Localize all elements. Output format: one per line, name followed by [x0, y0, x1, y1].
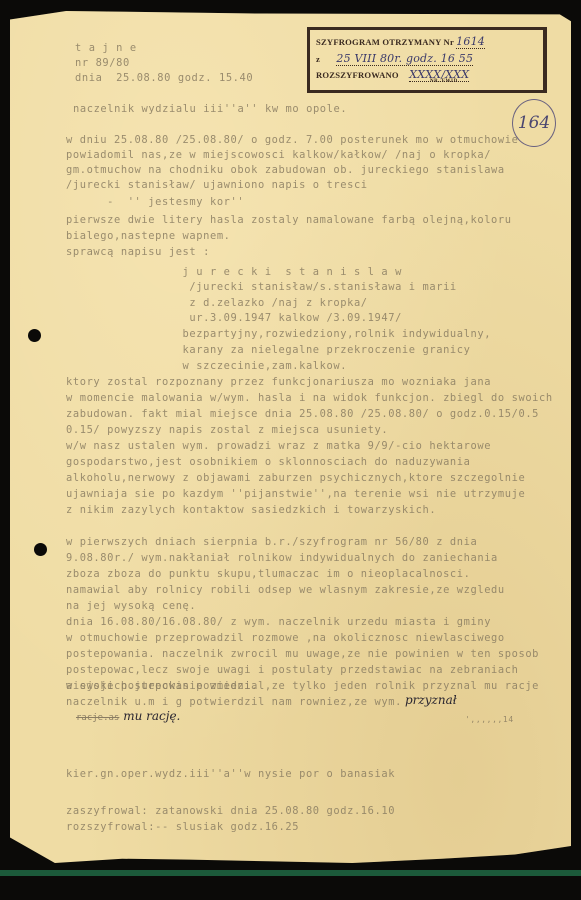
body-line: zboza zboza do punktu skupu,tlumaczac im… — [66, 567, 471, 583]
circled-page-number: 164 — [512, 99, 556, 147]
handwritten-correction: racje.as mu rację. — [76, 709, 180, 723]
body-line: postepowania. naczelnik zwrocil mu uwage… — [66, 647, 539, 663]
body-line: alkoholu,nerwowy z objawami zaburzen psy… — [66, 471, 525, 487]
body-line: w szczecinie,zam.kalkow. — [66, 359, 347, 375]
encrypted-by: zaszyfrowal: zatanowski dnia 25.08.80 go… — [66, 804, 395, 820]
body-line: bialego,nastepne wapnem. — [66, 229, 231, 245]
body-line: w momencie malowania w/wym. hasla i na w… — [66, 391, 553, 407]
stamp-from-value: 25 VIII 80r. godz. 16 55 — [336, 52, 473, 66]
struck-text: racje.as — [76, 713, 119, 723]
body-line: w otmuchowie przeprowadzil rozmowe ,na o… — [66, 631, 505, 647]
handwritten-insert-2: mu rację. — [123, 709, 180, 723]
body-line: pierwsze dwie litery hasla zostaly namal… — [66, 213, 512, 229]
body-line: bezpartyjny,rozwiedziony,rolnik indywidu… — [66, 327, 491, 343]
body-line: dnia 16.08.80/16.08.80/ z wym. naczelnik… — [66, 615, 491, 631]
body-line: na jej wysoką cenę. — [66, 599, 196, 615]
body-line: j u r e c k i s t a n i s l a w — [66, 265, 402, 281]
handwritten-insert: przyznał — [405, 693, 457, 707]
body-line: powiadomil nas,ze w miejscowosci kalkow/… — [66, 148, 491, 164]
scan-background-strip — [0, 870, 581, 876]
body-line: 0.15/ powyzszy napis zostal z miejsca us… — [66, 423, 388, 439]
page-marks: ',,,,,,14 — [465, 712, 514, 728]
body-line: karany za nielegalne przekroczenie grani… — [66, 343, 471, 359]
body-line: /jurecki stanisław/ ujawniono napis o tr… — [66, 178, 368, 194]
body-line: ujawniaja sie po kazdym ''pijanstwie'',n… — [66, 487, 525, 503]
body-line: namawial aby rolnicy robili odsep we wla… — [66, 583, 505, 599]
body-line: postepowac,lecz swoje uwagi i postulaty … — [66, 663, 518, 679]
stamp-from-label: z — [316, 54, 320, 64]
document-date: dnia 25.08.80 godz. 15.40 — [75, 71, 253, 87]
body-line: z d.zelazko /naj z kropka/ — [66, 296, 368, 312]
stamp-title: SZYFROGRAM OTRZYMANY Nr — [316, 37, 454, 47]
body-line: a swoje postepowanie zmieni. — [66, 679, 258, 695]
punch-hole-bottom — [34, 543, 47, 556]
body-line: sprawcą napisu jest : — [66, 245, 210, 261]
body-line: z nikim zazylych kontaktow sasiedzkich i… — [66, 503, 436, 519]
signature-line: kier.gn.oper.wydz.iii''a''w nysie por o … — [66, 767, 395, 783]
body-line: gm.otmuchow na chodniku obok zabudowan o… — [66, 163, 505, 179]
body-line: gospodarstwo,jest osobnikiem o sklonnosc… — [66, 455, 471, 471]
body-line: w dniu 25.08.80 /25.08.80/ o godz. 7.00 … — [66, 133, 518, 149]
body-line: w/w nasz ustalen wym. prowadzi wraz z ma… — [66, 439, 491, 455]
received-stamp: SZYFROGRAM OTRZYMANY Nr 1614 z 25 VIII 8… — [307, 27, 547, 93]
classification-label: t a j n e — [75, 41, 137, 57]
stamp-deciphered-label: ROZSZYFROWANO — [316, 70, 399, 80]
body-line: - '' jestesmy kor'' — [66, 195, 244, 211]
body-line: ktory zostal rozpoznany przez funkcjonar… — [66, 375, 491, 391]
body-line: zabudowan. fakt mial miejsce dnia 25.08.… — [66, 407, 539, 423]
addressee: naczelnik wydzialu iii''a'' kw mo opole. — [73, 102, 347, 118]
body-line: 9.08.80r./ wym.nakłaniał rolnikow indywi… — [66, 551, 498, 567]
stamp-number: 1614 — [456, 35, 485, 49]
body-line: ur.3.09.1947 kalkow /3.09.1947/ — [66, 311, 402, 327]
document-number: nr 89/80 — [75, 56, 130, 72]
body-line: /jurecki stanisław/s.stanisława i marii — [66, 280, 457, 296]
body-line: w pierwszych dniach sierpnia b.r./szyfro… — [66, 535, 477, 551]
punch-hole-top — [28, 329, 41, 342]
stamp-sub-label: NR. EWID. — [430, 79, 459, 84]
decrypted-by: rozszyfrowal:-- slusiak godz.16.25 — [66, 820, 299, 836]
